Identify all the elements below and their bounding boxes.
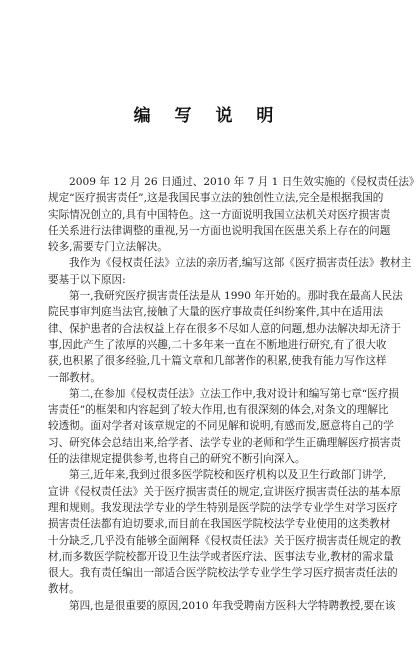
paragraph-first-line: 第一,我研究医疗损害责任法是从 1990 年开始的。那时我在最高人民法 <box>48 288 370 304</box>
paragraph-first-line: 第二,在参加《侵权责任法》立法工作中,我对设计和编写第七章“医疗损 <box>48 386 370 402</box>
document-body: 2009 年 12 月 26 日通过、2010 年 7 月 1 日生效实施的《侵… <box>48 174 370 614</box>
text-line: 一部教材。 <box>48 370 370 386</box>
text-line: 宣讲《侵权责任法》关于医疗损害责任的规定,宣讲医疗损害责任法的基本原 <box>48 484 370 500</box>
text-line: 获,也积累了很多经验,几十篇文章和几部著作的积累,使我有能力写作这样 <box>48 353 370 369</box>
text-line: 十分缺乏,几乎没有能够全面阐释《侵权责任法》关于医疗损害责任规定的教 <box>48 533 370 549</box>
text-line: 很大。我有责任编出一部适合医学院校法学专业学生学习医疗损害责任法的 <box>48 565 370 581</box>
text-line: 教材。 <box>48 581 370 597</box>
text-line: 较透彻。面对学者对该章规定的不同见解和说明,有感而发,愿意将自己的学 <box>48 418 370 434</box>
text-line: 院民事审判庭当法官,接触了大量的医疗事故责任纠纷案件,其中在适用法 <box>48 304 370 320</box>
text-line: 规定“医疗损害责任”,这是我国民事立法的独创性立法,完全是根据我国的 <box>48 190 370 206</box>
text-line: 任的法律规定提供参考,也将自己的研究不断引向深入。 <box>48 451 370 467</box>
text-line: 材,而多数医学院校都开设卫生法学或者医疗法、医事法专业,教材的需求量 <box>48 549 370 565</box>
text-line: 实际情况创立的,具有中国特色。这一方面说明我国立法机关对医疗损害责 <box>48 207 370 223</box>
text-line: 要基于以下原因: <box>48 272 370 288</box>
text-line: 任关系进行法律调整的重视,另一方面也说明我国在医患关系上存在的问题 <box>48 223 370 239</box>
paragraph-first-line: 第三,近年来,我到过很多医学院校和医疗机构以及卫生行政部门讲学, <box>48 467 370 483</box>
text-line: 害责任”的框架和内容起到了较大作用,也有很深刻的体会,对条文的理解比 <box>48 402 370 418</box>
page-title: 编 写 说 明 <box>0 106 416 126</box>
text-line: 律、保护患者的合法权益上存在很多不尽如人意的问题,想办法解决却无济于 <box>48 321 370 337</box>
text-line: 事,因此产生了浓厚的兴趣,二十多年来一直在不断地进行研究,有了很大收 <box>48 337 370 353</box>
paragraph-first-line: 第四,也是很重要的原因,2010 年我受聘南方医科大学特聘教授,要在该 <box>48 598 370 614</box>
text-line: 损害责任法都有迫切要求,而目前在我国医学院校法学专业使用的这类教材 <box>48 516 370 532</box>
text-line: 习、研究体会总结出来,给学者、法学专业的老师和学生正确理解医疗损害责 <box>48 435 370 451</box>
paragraph-first-line: 2009 年 12 月 26 日通过、2010 年 7 月 1 日生效实施的《侵… <box>48 174 370 190</box>
text-line: 理和规则。我发现法学专业的学生特别是医学院的法学专业学生对学习医疗 <box>48 500 370 516</box>
document-page: 编 写 说 明 2009 年 12 月 26 日通过、2010 年 7 月 1 … <box>0 0 416 666</box>
paragraph-first-line: 我作为《侵权责任法》立法的亲历者,编写这部《医疗损害责任法》教材主 <box>48 255 370 271</box>
text-line: 较多,需要专门立法解决。 <box>48 239 370 255</box>
